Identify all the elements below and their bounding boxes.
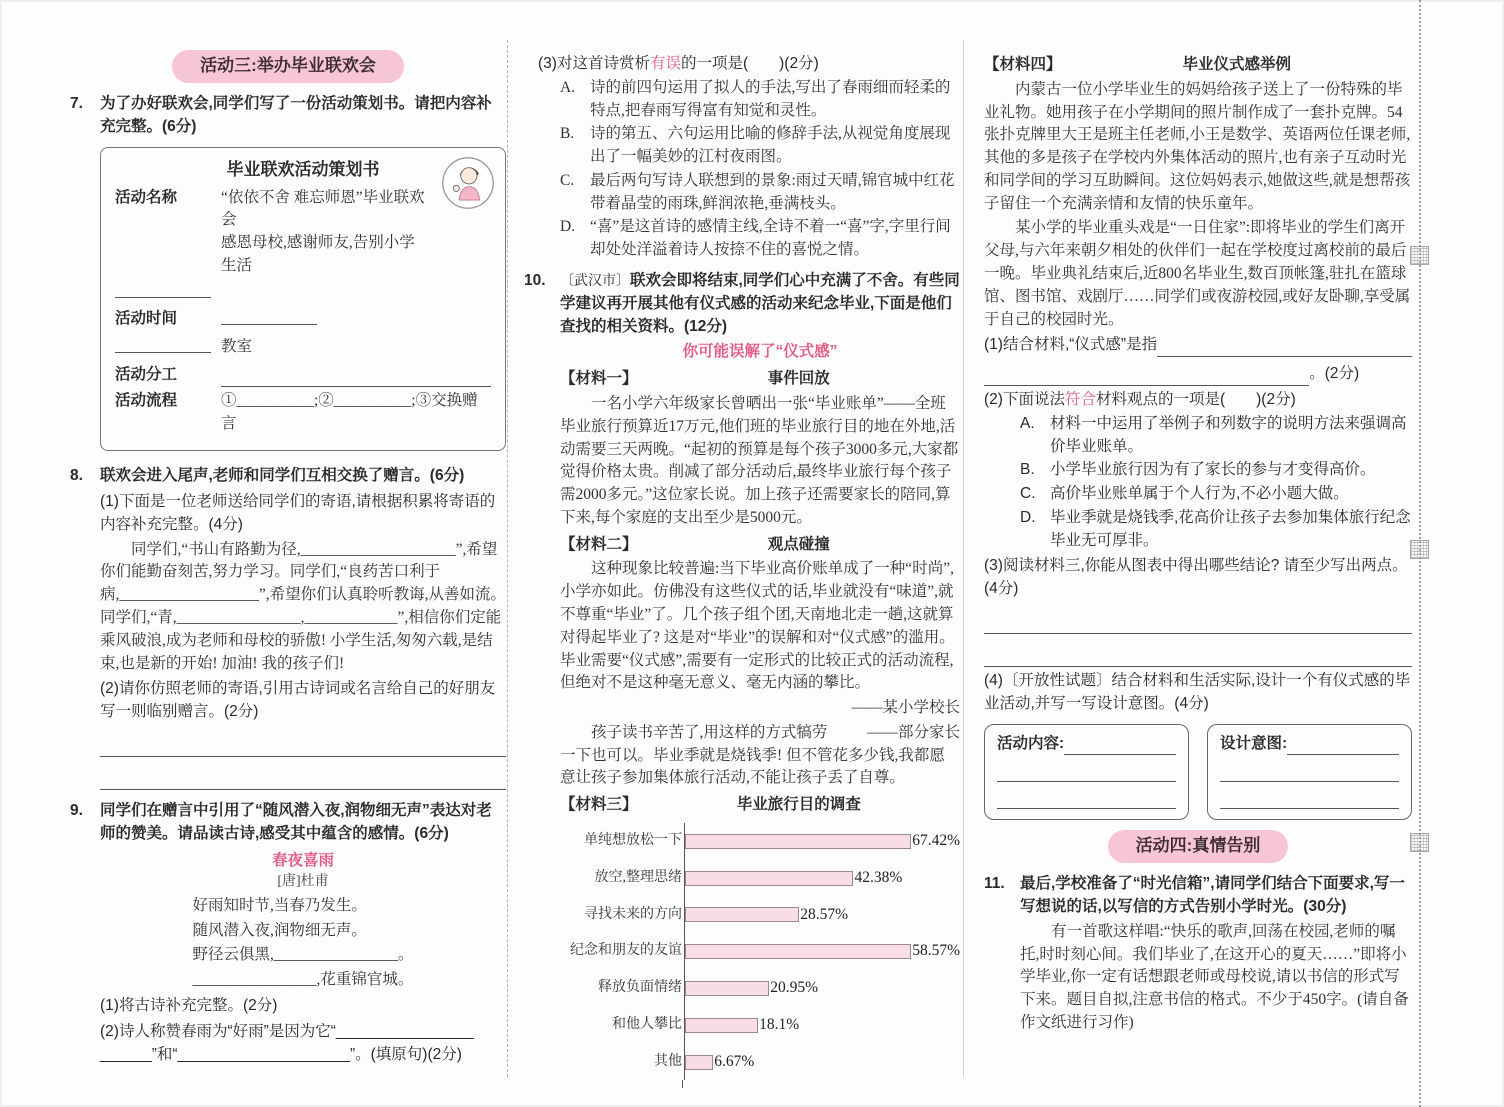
chart-category-label: 放空,整理思绪 — [560, 868, 684, 889]
column-divider-1 — [507, 40, 508, 1077]
poem-author: [唐]杜甫 — [100, 872, 506, 893]
question-7-number: 7. — [70, 93, 100, 463]
teacher-message-passage: 同学们,“书山有路勤为径,____________________”,希望你们能… — [100, 539, 506, 676]
question-10-part1-line1: (1)结合材料,“仪式感”是指 — [984, 334, 1412, 357]
question-9: 9. 同学们在赠言中引用了“随风潜入夜,润物细无声”表达对老师的赞美。请品读古诗… — [70, 800, 506, 1066]
choice-text: “喜”是这首诗的感情主线,全诗不着一“喜”字,字里行间却处处洋溢着诗人按捺不住的… — [590, 216, 960, 262]
choice-text: 高价毕业账单属于个人行为,不必小题大做。 — [1050, 483, 1412, 506]
poem-body: 好雨知时节,当春乃发生。 随风潜入夜,润物细无声。 野径云俱黑,________… — [193, 895, 414, 992]
answer-line — [100, 757, 506, 790]
activity-content-box: 活动内容: — [984, 724, 1189, 821]
choice-C: C. 高价毕业账单属于个人行为,不必小题大做。 — [1020, 483, 1412, 506]
question-8: 8. 联欢会进入尾声,老师和同学们互相交换了赠言。(6分) (1)下面是一位老师… — [70, 465, 506, 790]
material-4-text2: 某小学的毕业重头戏是“一日住家”:即将毕业的学生们离开父母,与六年来朝夕相处的伙… — [984, 217, 1412, 331]
question-11-passage: 有一首歌这样唱:“快乐的歌声,回荡在校园,老师的嘱托,时时刻心间。我们毕业了,在… — [1020, 921, 1412, 1035]
chart-value-label: 67.42% — [912, 830, 960, 853]
answer-line — [984, 601, 1412, 634]
chart-value-label: 28.57% — [800, 904, 848, 927]
chart-bar — [685, 981, 769, 996]
material-2-label: 【材料二】 — [560, 534, 638, 557]
question-9-part2-line1: (2)诗人称赞春雨为“好雨”是因为它“________________ — [100, 1021, 506, 1044]
chart-row: 放空,整理思绪42.38% — [560, 860, 960, 897]
choice-text: 毕业季就是烧钱季,花高价让孩子去参加集体旅行纪念毕业无可厚非。 — [1050, 507, 1412, 553]
chart-row: 寻找未来的方向28.57% — [560, 897, 960, 934]
choice-B: B. 诗的第五、六句运用比喻的修辞手法,从视觉角度展现出了一幅美妙的江村夜雨图。 — [560, 123, 960, 169]
material-3-header: 【材料三】 毕业旅行目的调查 — [560, 794, 960, 817]
write-in-line — [1220, 755, 1399, 782]
write-in-line — [997, 755, 1176, 782]
material-3-label: 【材料三】 — [560, 794, 638, 817]
material-2-signature1: ——某小学校长 — [560, 697, 960, 720]
part1-text: (1)结合材料,“仪式感”是指 — [984, 334, 1157, 357]
plan-roles-blank — [221, 368, 491, 387]
poem-title: 春夜喜雨 — [100, 850, 506, 873]
chart-bar — [685, 871, 853, 886]
part1-blank — [1157, 338, 1412, 357]
question-10-number: 10. — [524, 270, 560, 1088]
answer-line — [984, 634, 1412, 667]
city-tag: 〔武汉市〕 — [560, 274, 630, 289]
chart-value-label: 58.57% — [912, 940, 960, 963]
choice-text: 最后两句写诗人联想到的景象:雨过天晴,锦官城中红花带着晶莹的雨珠,鲜润浓艳,垂满… — [590, 170, 960, 216]
material-2-title: 观点碰撞 — [638, 534, 960, 557]
chart-category-label: 纪念和朋友的友谊 — [560, 941, 684, 962]
student-avatar-icon — [441, 156, 495, 210]
question-8-number: 8. — [70, 465, 100, 790]
material-2-text2: ——部分家长孩子读书辛苦了,用这样的方式犒劳一下也可以。毕业季就是烧钱季! 但不… — [560, 722, 960, 790]
poem-line: ________________,花重锦官城。 — [193, 969, 414, 992]
material-banner: 你可能误解了“仪式感” — [560, 341, 960, 364]
choice-text: 材料一中运用了举例子和列数字的说明方法来强调高价毕业账单。 — [1050, 413, 1412, 459]
plan-label-roles: 活动分工 — [115, 364, 221, 387]
plan-purpose-value: 感恩母校,感谢师友,告别小学生活 — [221, 232, 429, 278]
material-2-header: 【材料二】 观点碰撞 — [560, 534, 960, 557]
chart-category-label: 释放负面情绪 — [560, 978, 684, 999]
question-7-stem: 为了办好联欢会,同学们写了一份活动策划书。请把内容补充完整。(6分) — [100, 95, 492, 135]
part1-text-tail: 。(2分) — [1309, 363, 1359, 386]
question-9-part1: (1)将古诗补充完整。(2分) — [100, 995, 506, 1018]
material-2-text1: 这种现象比较普遍:当下毕业高价账单成了一种“时尚”,小学亦如此。仿佛没有这些仪式… — [560, 558, 960, 695]
chart-value-label: 42.38% — [854, 867, 902, 890]
material-1-header: 【材料一】 事件回放 — [560, 368, 960, 391]
chart-row: 和他人攀比18.1% — [560, 1007, 960, 1044]
choice-letter: D. — [1020, 507, 1050, 553]
choice-letter: A. — [560, 77, 590, 123]
column-left: 活动三:举办毕业联欢会 7. 为了办好联欢会,同学们写了一份活动策划书。请把内容… — [70, 50, 506, 1068]
material-4-text1: 内蒙古一位小学毕业生的妈妈给孩子送上了一份特殊的毕业礼物。她用孩子在小学期间的照… — [984, 79, 1412, 216]
write-in-line — [1220, 782, 1399, 809]
plan-row-roles: 活动分工 — [115, 364, 491, 387]
question-8-stem: 联欢会进入尾声,老师和同学们互相交换了赠言。(6分) — [100, 467, 464, 484]
poem-line: 随风潜入夜,润物细无声。 — [193, 920, 414, 943]
answer-line — [100, 724, 506, 757]
question-9-part3: (3)对这首诗赏析有误的一项是( )(2分) — [524, 53, 960, 76]
design-intent-box: 设计意图: — [1207, 724, 1412, 821]
material-4-label: 【材料四】 — [984, 54, 1062, 77]
material-4-title: 毕业仪式感举例 — [1062, 54, 1412, 77]
choice-B: B. 小学毕业旅行因为有了家长的参与才变得高价。 — [1020, 459, 1412, 482]
plan-label-flow: 活动流程 — [115, 390, 221, 436]
chart-category-label: 其他 — [560, 1052, 684, 1073]
part2-text-tail: 材料观点的一项是( )(2分) — [1096, 391, 1296, 408]
material-1-text: 一名小学六年级家长曾晒出一张“毕业账单”——全班毕业旅行预算近17万元,他们班的… — [560, 393, 960, 530]
part3-text-tail: 的一项是( )(2分) — [681, 55, 819, 72]
choice-text: 诗的前四句运用了拟人的手法,写出了春雨细而轻柔的特点,把春雨写得富有知觉和灵性。 — [590, 77, 960, 123]
choice-list: A. 诗的前四句运用了拟人的手法,写出了春雨细而轻柔的特点,把春雨写得富有知觉和… — [524, 77, 960, 262]
choice-D: D. “喜”是这首诗的感情主线,全诗不着一“喜”字,字里行间却处处洋溢着诗人按捺… — [560, 216, 960, 262]
chart-title: 毕业旅行目的调查 — [638, 794, 960, 817]
plan-time-blank — [221, 308, 317, 325]
choice-letter: B. — [560, 123, 590, 169]
chart-category-label: 寻找未来的方向 — [560, 905, 684, 926]
question-11-number: 11. — [984, 873, 1020, 1036]
chart-bar — [685, 1018, 758, 1033]
question-11-stem: 最后,学校准备了“时光信箱”,请同学们结合下面要求,写一写想说的话,以写信的方式… — [1020, 875, 1405, 915]
chart-bar — [685, 1055, 713, 1070]
column-right: 【材料四】 毕业仪式感举例 内蒙古一位小学毕业生的妈妈给孩子送上了一份特殊的毕业… — [984, 50, 1412, 1039]
plan-title: 毕业联欢活动策划书 — [115, 158, 491, 183]
chart-axis-foot — [682, 1080, 960, 1088]
chart-row: 纪念和朋友的友谊58.57% — [560, 933, 960, 970]
question-8-part2: (2)请你仿照老师的寄语,引用古诗词或名言给自己的好朋友写一则临别赠言。(2分) — [100, 678, 506, 724]
poem-line: 好雨知时节,当春乃发生。 — [193, 895, 414, 918]
column-divider-2 — [963, 40, 964, 1077]
question-9-stem: 同学们在赠言中引用了“随风潜入夜,润物细无声”表达对老师的赞美。请品读古诗,感受… — [100, 802, 492, 842]
chart-bar — [685, 944, 911, 959]
part3-text: (3)对这首诗赏析 — [538, 55, 650, 72]
chart-bar — [685, 834, 911, 849]
write-in-line — [997, 782, 1176, 809]
part3-highlight: 有误 — [650, 55, 681, 72]
design-boxes: 活动内容: 设计意图: — [984, 724, 1412, 821]
plan-label-blank-2 — [115, 336, 211, 353]
write-in-blank — [1287, 736, 1399, 755]
binding-stamp — [1410, 833, 1429, 852]
part1-blank2 — [984, 369, 1309, 386]
column-middle: (3)对这首诗赏析有误的一项是( )(2分) A. 诗的前四句运用了拟人的手法,… — [524, 50, 960, 1090]
plan-row-flow: 活动流程 ①__________;②__________;③交换赠言 — [115, 390, 491, 436]
choice-letter: C. — [560, 170, 590, 216]
material-1-label: 【材料一】 — [560, 368, 638, 391]
plan-table: 毕业联欢活动策划书 活动名称 “依依不舍 难忘师恩”毕业联欢会 感恩母校,感谢师… — [100, 147, 506, 452]
chart-row: 其他6.67% — [560, 1044, 960, 1081]
question-11: 11. 最后,学校准备了“时光信箱”,请同学们结合下面要求,写一写想说的话,以写… — [984, 873, 1412, 1036]
question-8-part1: (1)下面是一位老师送给同学们的寄语,请根据积累将寄语的内容补充完整。(4分) — [100, 491, 506, 537]
part2-text: (2)下面说法 — [984, 391, 1065, 408]
design-intent-label: 设计意图: — [1220, 733, 1287, 756]
question-10-part1-line2: 。(2分) — [984, 363, 1412, 386]
question-10: 10. 〔武汉市〕联欢会即将结束,同学们心中充满了不舍。有些同学建议再开展其他有… — [524, 270, 960, 1088]
activity-content-label: 活动内容: — [997, 733, 1064, 756]
choice-letter: D. — [560, 216, 590, 262]
plan-row-place: 教室 — [115, 336, 491, 361]
chart-value-label: 6.67% — [714, 1051, 754, 1074]
choice-letter: A. — [1020, 413, 1050, 459]
chart-bar — [685, 907, 799, 922]
choice-text: 小学毕业旅行因为有了家长的参与才变得高价。 — [1050, 459, 1412, 482]
plan-place-value: 教室 — [221, 336, 491, 361]
chart-category-label: 和他人攀比 — [560, 1015, 684, 1036]
question-10-part3: (3)阅读材料三,你能从图表中得出哪些结论? 请至少写出两点。(4分) — [984, 555, 1412, 601]
binding-stamp — [1410, 540, 1429, 559]
question-9-part2-line2: ______”和“____________________”。(填原句)(2分) — [100, 1044, 506, 1067]
activity3-badge: 活动三:举办毕业联欢会 — [172, 50, 404, 83]
material-4-header: 【材料四】 毕业仪式感举例 — [984, 54, 1412, 77]
worksheet-page: 活动三:举办毕业联欢会 7. 为了办好联欢会,同学们写了一份活动策划书。请把内容… — [0, 0, 1504, 1107]
choice-text: 诗的第五、六句运用比喻的修辞手法,从视觉角度展现出了一幅美妙的江村夜雨图。 — [590, 123, 960, 169]
choice-list-2: A. 材料一中运用了举例子和列数字的说明方法来强调高价毕业账单。 B. 小学毕业… — [984, 413, 1412, 553]
chart-value-label: 20.95% — [770, 977, 818, 1000]
choice-D: D. 毕业季就是烧钱季,花高价让孩子去参加集体旅行纪念毕业无可厚非。 — [1020, 507, 1412, 553]
question-10-part2: (2)下面说法符合材料观点的一项是( )(2分) — [984, 389, 1412, 412]
chart-value-label: 18.1% — [759, 1014, 799, 1037]
plan-flow-value: ①__________;②__________;③交换赠言 — [221, 390, 491, 436]
question-9-number: 9. — [70, 800, 100, 1066]
plan-name-value: “依依不舍 难忘师恩”毕业联欢会 — [221, 187, 429, 233]
plan-label-blank-1 — [115, 281, 211, 298]
plan-label-name: 活动名称 — [115, 187, 221, 278]
choice-A: A. 诗的前四句运用了拟人的手法,写出了春雨细而轻柔的特点,把春雨写得富有知觉和… — [560, 77, 960, 123]
binding-stamp — [1410, 246, 1429, 265]
choice-letter: B. — [1020, 459, 1050, 482]
bar-chart: 单纯想放松一下67.42%放空,整理思绪42.38%寻找未来的方向28.57%纪… — [560, 823, 960, 1080]
question-7: 7. 为了办好联欢会,同学们写了一份活动策划书。请把内容补充完整。(6分) 毕业… — [70, 93, 506, 463]
write-in-blank — [1064, 736, 1176, 755]
choice-C: C. 最后两句写诗人联想到的景象:雨过天晴,锦官城中红花带着晶莹的雨珠,鲜润浓艳… — [560, 170, 960, 216]
material-1-title: 事件回放 — [638, 368, 960, 391]
poem-line: 野径云俱黑,________________。 — [193, 944, 414, 967]
part2-highlight: 符合 — [1065, 391, 1096, 408]
plan-row-time: 活动时间 — [115, 308, 491, 333]
question-10-part4: (4)〔开放性试题〕结合材料和生活实际,设计一个有仪式感的毕业活动,并写一写设计… — [984, 670, 1412, 716]
chart-row: 释放负面情绪20.95% — [560, 970, 960, 1007]
plan-row-name: 活动名称 “依依不舍 难忘师恩”毕业联欢会 感恩母校,感谢师友,告别小学生活 — [115, 187, 491, 278]
activity4-badge: 活动四:真情告别 — [1108, 830, 1289, 863]
material-2-signature2: ——部分家长 — [836, 722, 960, 745]
choice-letter: C. — [1020, 483, 1050, 506]
choice-A: A. 材料一中运用了举例子和列数字的说明方法来强调高价毕业账单。 — [1020, 413, 1412, 459]
plan-label-time: 活动时间 — [115, 308, 221, 333]
chart-category-label: 单纯想放松一下 — [560, 831, 684, 852]
chart-row: 单纯想放松一下67.42% — [560, 823, 960, 860]
